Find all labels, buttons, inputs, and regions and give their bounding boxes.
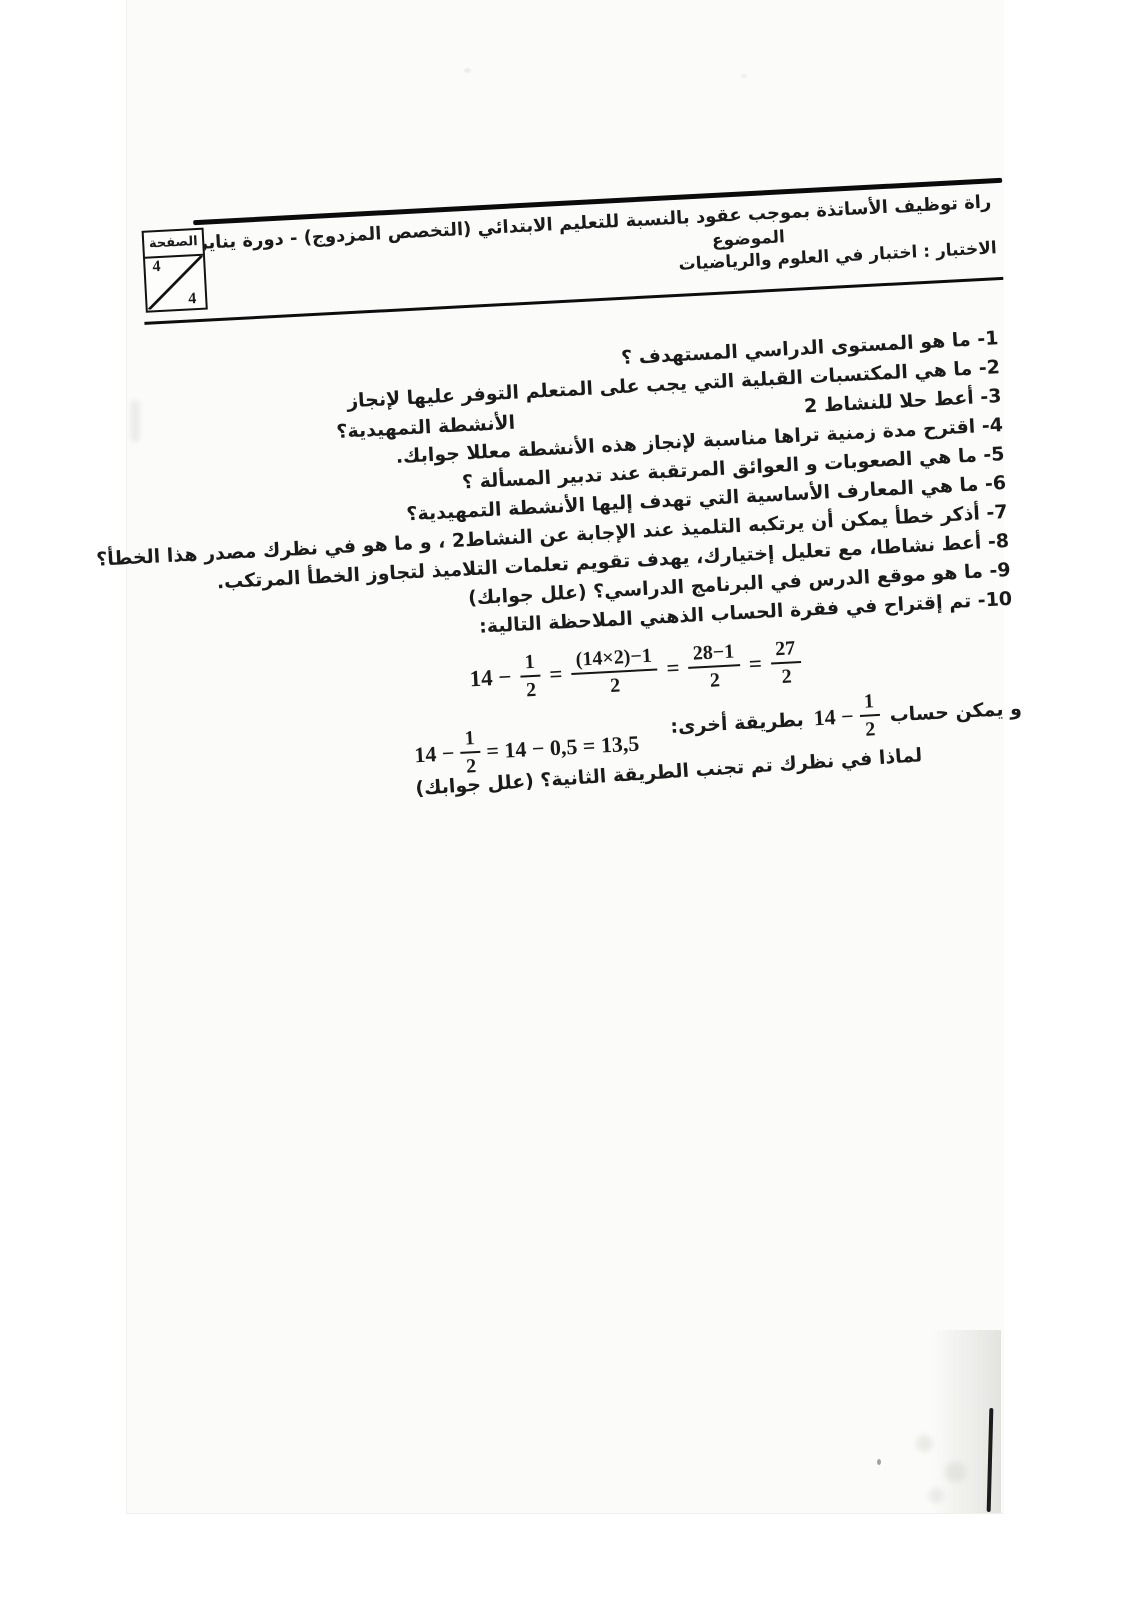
document-content: الصفحة 4 4 راة توظيف الأساتذة بموجب عقود… [139,178,1029,810]
alt-method-expression: 14 − 1 2 [812,691,880,742]
scan-artifact-dot [877,1459,881,1465]
exam-header-band: الصفحة 4 4 راة توظيف الأساتذة بموجب عقود… [139,178,1003,325]
page-label: الصفحة [144,230,203,259]
questions-list: 1- ما هو المستوى الدراسي المستهدف ؟ 2- م… [147,324,1021,659]
fraction-one-half: 1 2 [459,728,481,777]
fraction-one-half: 1 2 [519,652,541,701]
page-current: 4 [152,258,161,276]
scanned-exam-sheet: الصفحة 4 4 راة توظيف الأساتذة بموجب عقود… [126,0,1004,1514]
formula-lhs: 14 − [469,664,512,692]
alt-method-lead: و يمكن حساب [888,684,1022,727]
page-fraction-cell: 4 4 [145,256,206,310]
equals-sign: = [666,655,680,682]
fraction-result: 27 2 [770,638,802,688]
fraction-expression: (14×2)−1 2 [570,646,659,698]
scan-artifact-speck [464,68,471,73]
fraction-subtraction: 28−1 2 [687,641,741,692]
page-number-box: الصفحة 4 4 [142,228,208,313]
scan-artifact-mottle [901,1415,979,1510]
fraction-one-half: 1 2 [858,691,880,740]
question-3-text: 3- أعط حلا للنشاط 2 [803,385,1002,417]
alt-method-tail: بطريقة أخرى: [669,695,804,738]
equals-sign: = [748,651,762,678]
page-total: 4 [188,290,197,308]
equals-sign: = [549,661,563,688]
scan-artifact-smudge [130,400,140,442]
scan-artifact-speck [741,74,747,78]
